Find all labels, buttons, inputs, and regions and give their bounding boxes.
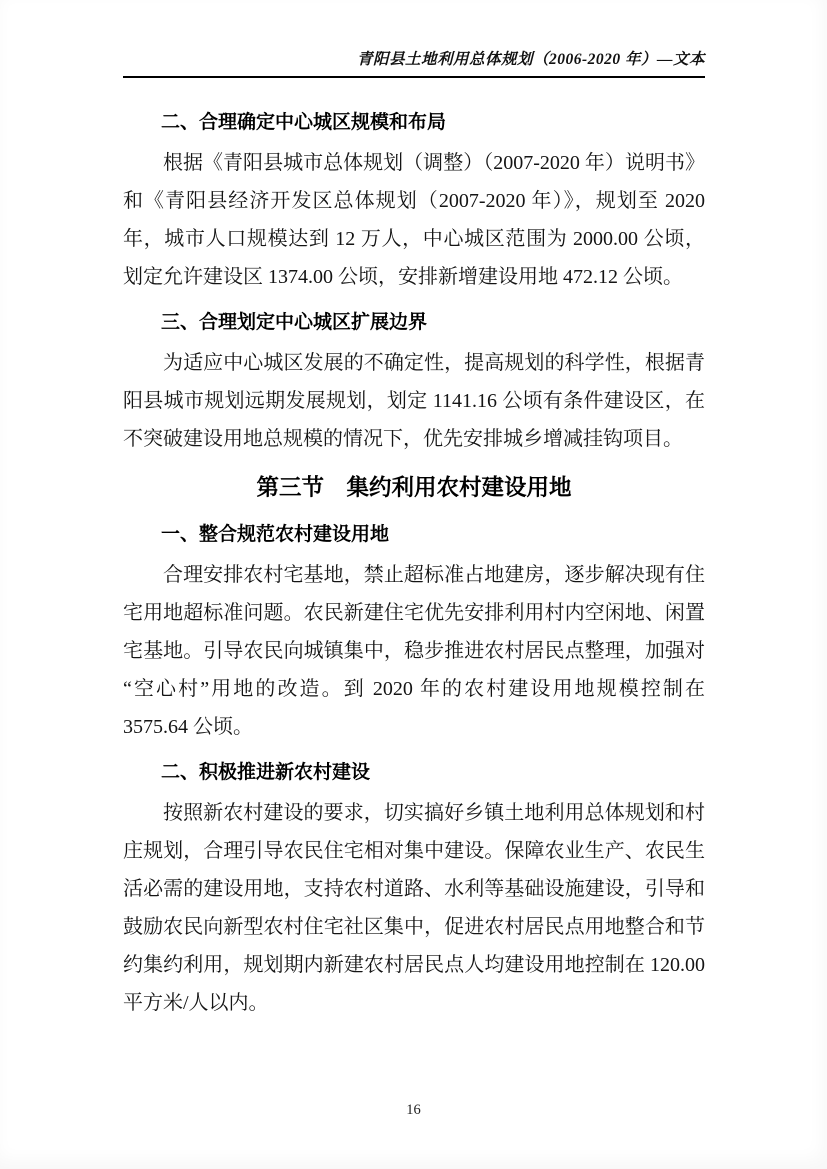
body-paragraph-city-scale: 根据《青阳县城市总体规划（调整）（2007-2020 年）说明书》和《青阳县经济… [123, 144, 705, 296]
body-paragraph-new-countryside: 按照新农村建设的要求，切实搞好乡镇土地利用总体规划和村庄规划，合理引导农民住宅相… [123, 794, 705, 1022]
document-page: 青阳县土地利用总体规划（2006-2020 年）—文本 二、合理确定中心城区规模… [0, 0, 827, 1169]
header-rule [123, 76, 705, 78]
subsection-heading-expansion-boundary: 三、合理划定中心城区扩展边界 [123, 310, 705, 336]
body-paragraph-integrate-rural-land: 合理安排农村宅基地，禁止超标准占地建房，逐步解决现有住宅用地超标准问题。农民新建… [123, 556, 705, 746]
section-heading-rural-construction-land: 第三节 集约利用农村建设用地 [123, 472, 705, 504]
subsection-heading-new-countryside: 二、积极推进新农村建设 [123, 760, 705, 786]
body-paragraph-expansion-boundary: 为适应中心城区发展的不确定性，提高规划的科学性，根据青阳县城市规划远期发展规划，… [123, 344, 705, 458]
subsection-heading-city-scale: 二、合理确定中心城区规模和布局 [123, 110, 705, 136]
page-content: 青阳县土地利用总体规划（2006-2020 年）—文本 二、合理确定中心城区规模… [123, 0, 705, 1022]
subsection-heading-integrate-rural-land: 一、整合规范农村建设用地 [123, 522, 705, 548]
running-header-title: 青阳县土地利用总体规划（2006-2020 年）—文本 [123, 50, 705, 70]
page-number: 16 [0, 1102, 827, 1119]
